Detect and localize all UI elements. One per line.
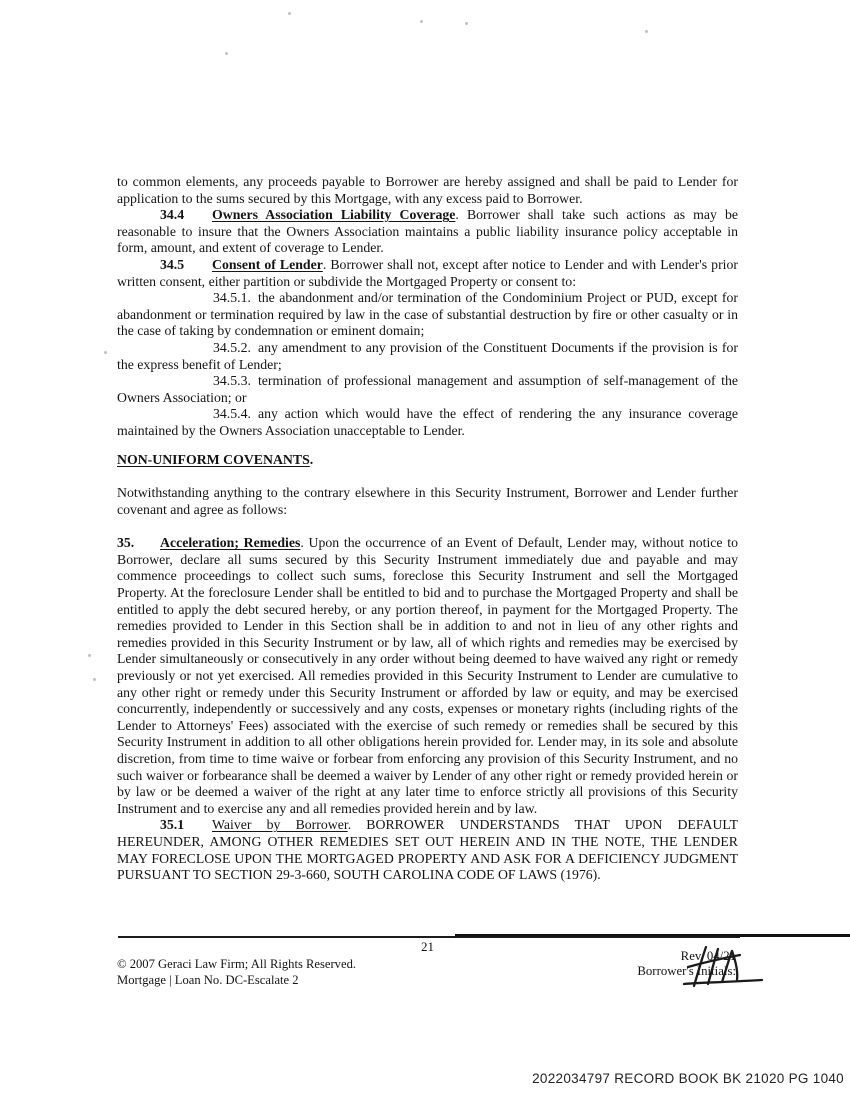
scan-artifact bbox=[288, 12, 291, 15]
subsection-body: any action which would have the effect o… bbox=[117, 406, 738, 438]
section-title: Waiver by Borrower bbox=[212, 817, 348, 832]
record-stamp: 2022034797 RECORD BOOK BK 21020 PG 1040 bbox=[532, 1071, 844, 1086]
covenants-heading: NON-UNIFORM COVENANTS. bbox=[117, 452, 738, 469]
subsection-number: 34.5.3. bbox=[213, 373, 258, 388]
paragraph-notwithstanding: Notwithstanding anything to the contrary… bbox=[117, 485, 738, 518]
section-35-1: 35.1Waiver by Borrower. BORROWER UNDERST… bbox=[117, 817, 738, 883]
section-35: 35.Acceleration; Remedies. Upon the occu… bbox=[117, 535, 738, 817]
section-number: 35. bbox=[117, 535, 160, 552]
section-number: 34.4 bbox=[160, 207, 212, 224]
footer-rule-dark-segment bbox=[455, 934, 850, 937]
section-34-4: 34.4Owners Association Liability Coverag… bbox=[117, 207, 738, 257]
section-title: Owners Association Liability Coverage bbox=[212, 207, 455, 222]
section-body: . Upon the occurrence of an Event of Def… bbox=[117, 535, 738, 816]
subsection-number: 34.5.2. bbox=[213, 340, 258, 355]
handwritten-initials bbox=[680, 942, 770, 990]
scan-artifact bbox=[88, 654, 91, 657]
section-34-5-4: 34.5.4.any action which would have the e… bbox=[117, 406, 738, 439]
subsection-body: any amendment to any provision of the Co… bbox=[117, 340, 738, 372]
section-title: Acceleration; Remedies bbox=[160, 535, 300, 550]
document-body: to common elements, any proceeds payable… bbox=[117, 174, 738, 884]
scan-artifact bbox=[465, 22, 468, 25]
section-34-5: 34.5Consent of Lender. Borrower shall no… bbox=[117, 257, 738, 290]
section-34-5-1: 34.5.1.the abandonment and/or terminatio… bbox=[117, 290, 738, 340]
section-title: Consent of Lender bbox=[212, 257, 323, 272]
loan-number-line: Mortgage | Loan No. DC-Escalate 2 bbox=[117, 972, 356, 988]
section-number: 34.5 bbox=[160, 257, 212, 274]
scan-artifact bbox=[225, 52, 228, 55]
section-number: 35.1 bbox=[160, 817, 212, 834]
scan-artifact bbox=[645, 30, 648, 33]
covenants-heading-text: NON-UNIFORM COVENANTS bbox=[117, 452, 310, 467]
scan-artifact bbox=[420, 20, 423, 23]
paragraph-continuation: to common elements, any proceeds payable… bbox=[117, 174, 738, 207]
covenants-heading-period: . bbox=[310, 452, 313, 467]
footer-left-block: © 2007 Geraci Law Firm; All Rights Reser… bbox=[117, 956, 356, 988]
subsection-number: 34.5.4. bbox=[213, 406, 258, 421]
section-34-5-3: 34.5.3.termination of professional manag… bbox=[117, 373, 738, 406]
subsection-body: the abandonment and/or termination of th… bbox=[117, 290, 738, 338]
section-34-5-2: 34.5.2.any amendment to any provision of… bbox=[117, 340, 738, 373]
subsection-number: 34.5.1. bbox=[213, 290, 258, 305]
scan-artifact bbox=[93, 678, 96, 681]
document-page: to common elements, any proceeds payable… bbox=[0, 0, 850, 1100]
copyright-line: © 2007 Geraci Law Firm; All Rights Reser… bbox=[117, 956, 356, 972]
scan-artifact bbox=[104, 351, 107, 354]
subsection-body: termination of professional management a… bbox=[117, 373, 738, 405]
